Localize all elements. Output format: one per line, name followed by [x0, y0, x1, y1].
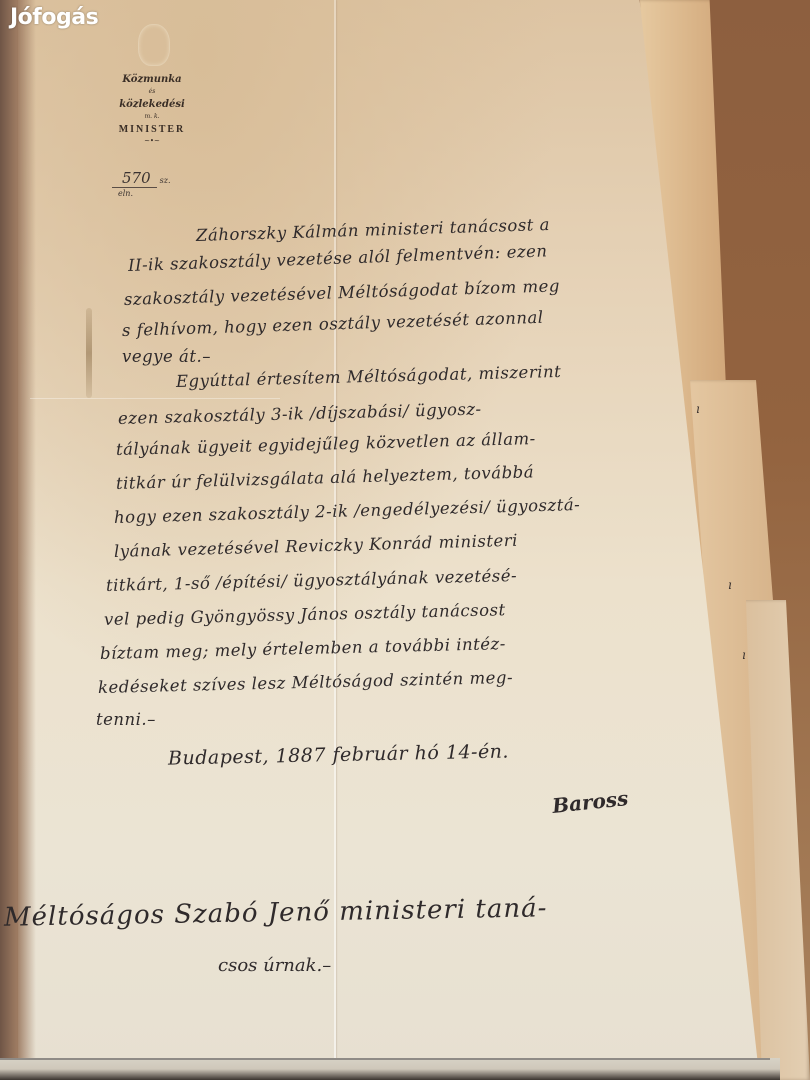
body-line: hogy ezen szakosztály 2-ik /engedélyezés… [114, 495, 581, 527]
body-line: II-ik szakosztály vezetése alól felmentv… [128, 241, 548, 275]
body-line: szakosztály vezetésével Méltóságodat bíz… [124, 276, 560, 309]
body-line: tenni.– [96, 710, 156, 729]
body-line: titkárt, 1-ső /építési/ ügyosztályának v… [106, 566, 518, 595]
body-line: Záhorszky Kálmán ministeri tanácsost a [196, 215, 551, 245]
body-line: s felhívom, hogy ezen osztály vezetését … [122, 308, 544, 340]
body-line: ezen szakosztály 3-ik /díjszabási/ ügyos… [118, 399, 482, 428]
margin-mark: ı [728, 578, 732, 592]
addressee-line2: csos úrnak.– [218, 955, 331, 976]
margin-mark: ı [742, 648, 746, 662]
place-and-date: Budapest, 1887 február hó 14-én. [168, 740, 509, 769]
body-line: vel pedig Gyöngyössy János osztály tanác… [104, 600, 506, 629]
body-line: vegye át.– [122, 347, 211, 366]
letter-body: Záhorszky Kálmán ministeri tanácsost a I… [0, 0, 810, 1080]
body-line: tályának ügyeit egyidejűleg közvetlen az… [116, 429, 536, 459]
body-line: titkár úr felülvizsgálata alá helyeztem,… [116, 462, 535, 493]
body-line: bíztam meg; mely értelemben a további in… [100, 634, 506, 663]
addressee-line1: Méltóságos Szabó Jenő ministeri taná- [4, 893, 548, 932]
body-line: Egyúttal értesítem Méltóságodat, miszeri… [176, 362, 562, 391]
signature: Baross [551, 786, 629, 818]
body-line: kedéseket szíves lesz Méltóságod szintén… [98, 668, 513, 697]
body-line: lyának vezetésével Reviczky Konrád minis… [114, 531, 518, 561]
margin-mark: ı [696, 402, 700, 416]
